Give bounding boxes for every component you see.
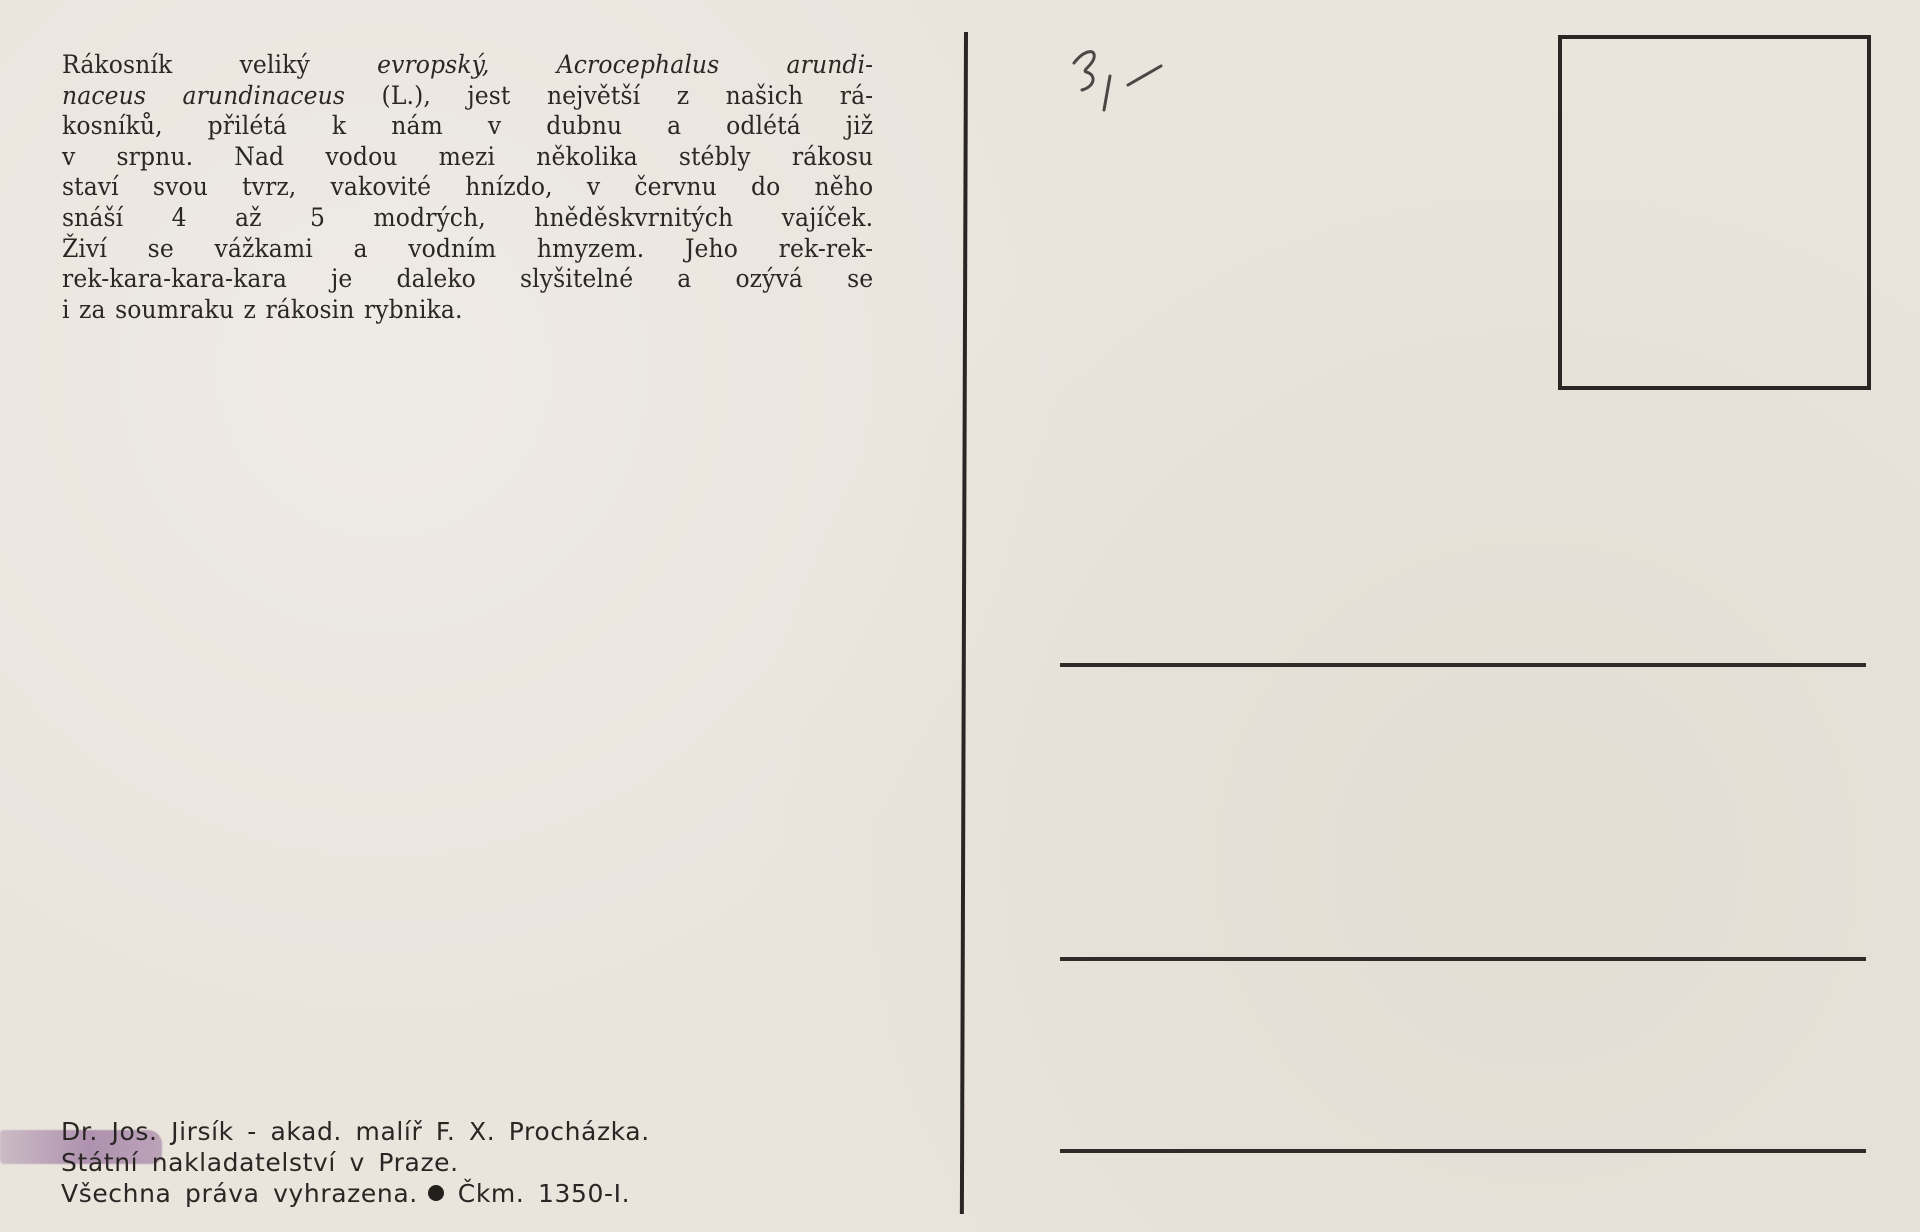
species-description: Rákosník veliký evropský, Acrocephalus a… [62,50,873,325]
description-text: kosníků, přilétá k nám v dubnu a odlétá … [62,111,873,140]
catalog-number: Čkm. 1350-I. [458,1179,630,1208]
description-line: snáší 4 až 5 modrých, hněděskvrnitých va… [62,203,873,234]
stamp-placement-box [1558,35,1871,390]
credits-authors: Dr. Jos. Jirsík - akad. malíř F. X. Proc… [61,1116,650,1147]
description-text: rek-kara-kara-kara je daleko slyšitelné … [62,264,873,293]
bullet-icon [428,1185,444,1201]
description-text: i za soumraku z rákosin rybnika. [62,295,463,324]
address-line-3 [1060,1149,1866,1153]
description-line: staví svou tvrz, vakovité hnízdo, v červ… [62,172,873,203]
description-text: Živí se vážkami a vodním hmyzem. Jeho re… [62,234,873,263]
address-line-2 [1060,957,1866,961]
postcard-back: Rákosník veliký evropský, Acrocephalus a… [0,0,1920,1232]
handwritten-price-note: 3,- [1066,40,1176,120]
description-text: staví svou tvrz, vakovité hnízdo, v červ… [62,172,873,201]
publisher-credits: Dr. Jos. Jirsík - akad. malíř F. X. Proc… [61,1116,650,1209]
description-text: v srpnu. Nad vodou mezi několika stébly … [62,142,873,171]
description-line: Rákosník veliký evropský, Acrocephalus a… [62,50,873,81]
latin-name-text: naceus arundinaceus [62,81,345,110]
description-line: v srpnu. Nad vodou mezi několika stébly … [62,142,873,173]
latin-name-text: evropský, Acrocephalus arundi- [377,50,873,79]
description-line: rek-kara-kara-kara je daleko slyšitelné … [62,264,873,295]
credits-rights: Všechna práva vyhrazena.Čkm. 1350-I. [61,1178,650,1209]
credits-publisher: Státní nakladatelství v Praze. [61,1147,650,1178]
description-text: (L.), jest největší z našich rá- [345,81,873,110]
rights-reserved-text: Všechna práva vyhrazena. [61,1179,418,1208]
description-text: snáší 4 až 5 modrých, hněděskvrnitých va… [62,203,873,232]
description-line: i za soumraku z rákosin rybnika. [62,295,873,326]
center-divider-line [960,32,968,1214]
description-line: kosníků, přilétá k nám v dubnu a odlétá … [62,111,873,142]
description-text: Rákosník veliký [62,50,377,79]
address-line-1 [1060,663,1866,667]
description-line: Živí se vážkami a vodním hmyzem. Jeho re… [62,234,873,265]
description-line: naceus arundinaceus (L.), jest největší … [62,81,873,112]
